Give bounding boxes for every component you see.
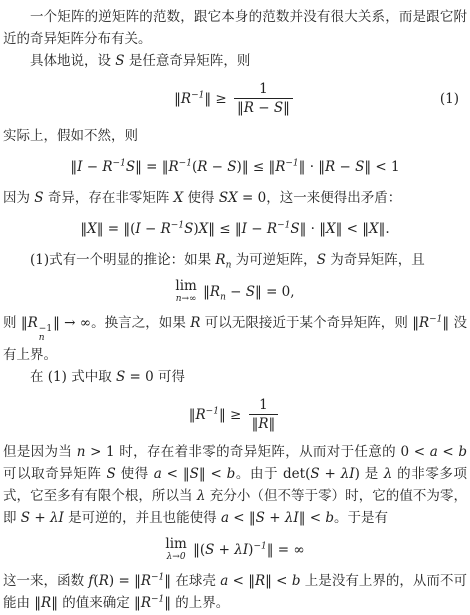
paragraph-shell-argument: 但是因为当 n > 1 时，存在着非零的奇异矩阵，从而对于任意的 0 < a <… <box>3 441 467 529</box>
paragraph-corollary: (1)式有一个明显的推论：如果 Rn 为可逆矩阵，S 为奇异矩阵，且 <box>3 249 467 271</box>
paragraph-intro: 一个矩阵的逆矩阵的范数，跟它本身的范数并没有很大关系，而是跟它附近的奇异矩阵分布… <box>3 6 467 50</box>
formula-6-limit-lambda: limλ→0 ‖(S + λI)−1‖ = ∞ <box>3 537 467 562</box>
paragraph-unbounded: 则 ‖R−1n‖ → ∞。换言之，如果 R 可以无限接近于某个奇异矩阵，则 ‖R… <box>3 312 467 366</box>
formula-6-body: limλ→0 ‖(S + λI)−1‖ = ∞ <box>165 537 304 562</box>
paragraph-singularity: 因为 S 奇异，存在非零矩阵 X 使得 SX = 0，这一来便得出矛盾： <box>3 187 467 209</box>
formula-1-inverse-norm-bound: ‖R−1‖ ≥ 1‖R − S‖ (1) <box>3 80 467 117</box>
formula-3-body: ‖X‖ = ‖(I − R−1S)X‖ ≤ ‖I − R−1S‖ · ‖X‖ <… <box>80 219 389 239</box>
formula-2-contradiction-setup: ‖I − R−1S‖ = ‖R−1(R − S)‖ ≤ ‖R−1‖ · ‖R −… <box>3 155 467 179</box>
document-page: 一个矩阵的逆矩阵的范数，跟它本身的范数并没有很大关系，而是跟它附近的奇异矩阵分布… <box>0 0 470 615</box>
formula-4-limit-rn: limn→∞ ‖Rn − S‖ = 0, <box>3 279 467 304</box>
formula-5-lower-bound: ‖R−1‖ ≥ 1‖R‖ <box>3 396 467 433</box>
paragraph-setup: 具体地说，设 S 是任意奇异矩阵，则 <box>3 50 467 72</box>
paragraph-conclusion: 这一来，函数 f(R) = ‖R−1‖ 在球壳 a < ‖R‖ < b 上是没有… <box>3 570 467 614</box>
formula-4-body: limn→∞ ‖Rn − S‖ = 0, <box>175 279 294 304</box>
formula-1-body: ‖R−1‖ ≥ 1‖R − S‖ <box>174 80 296 117</box>
equation-number-1: (1) <box>440 91 459 107</box>
paragraph-take-s-zero: 在 (1) 式中取 S = 0 可得 <box>3 366 467 388</box>
formula-3-contradiction: ‖X‖ = ‖(I − R−1S)X‖ ≤ ‖I − R−1S‖ · ‖X‖ <… <box>3 217 467 241</box>
formula-5-body: ‖R−1‖ ≥ 1‖R‖ <box>189 396 282 433</box>
formula-2-body: ‖I − R−1S‖ = ‖R−1(R − S)‖ ≤ ‖R−1‖ · ‖R −… <box>70 157 399 177</box>
paragraph-proof-start: 实际上，假如不然，则 <box>3 125 467 147</box>
